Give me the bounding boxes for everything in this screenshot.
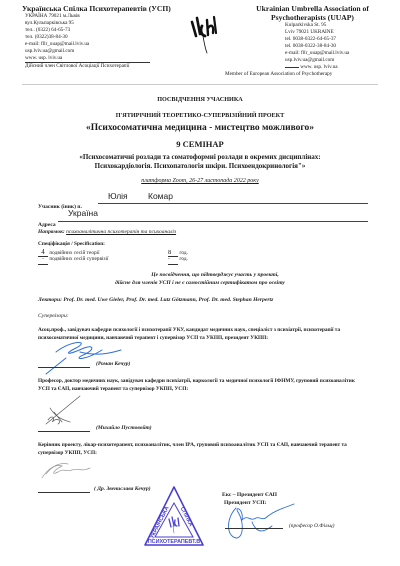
spec-row-supervision: - подвійних сесій супервізії - год. [38, 256, 278, 264]
participant-first-name: Юлія [108, 191, 128, 201]
spec-supervision-unit: год. [179, 256, 188, 262]
project-title: П'ЯТИРІЧНИЙ ТЕОРЕТИКО-СУПЕРВІЗІЙНИЙ ПРОЕ… [0, 112, 400, 119]
address-line: tel. 0038-0322-38-84-30 [285, 43, 395, 50]
spec-supervision-count: - [38, 256, 48, 265]
address-label: Адреса [38, 222, 56, 228]
email-line: e-mail: fllr_uuap@mail.lviv.ua [285, 50, 395, 57]
signature-3-icon [38, 460, 98, 482]
org-name-en: Ukrainian Umbrella Association of Psycho… [230, 4, 395, 22]
president-signature-line [225, 528, 283, 529]
direction-row: Напрямок: психоаналітична психотерапія т… [38, 229, 176, 235]
address-line: tel. 0038-0322-64-65-37 [285, 36, 395, 43]
validity-note: Це посвідчення, що підтверджує участь у … [0, 271, 400, 287]
specification-block: Спеціфікація / Specification: 4 подвійни… [38, 241, 278, 264]
lecturers-row: Лектори: Prof. Dr. med. Uwe Gieler, Prof… [38, 297, 273, 303]
spec-theory-unit: год. [179, 250, 188, 256]
header-divider [22, 84, 378, 85]
header-right-block: Ukrainian Umbrella Association of Psycho… [255, 4, 395, 78]
note-line: Це посвідчення, що підтверджує участь у … [0, 271, 400, 279]
project-name: «Психосоматична медицина - мистецтво мож… [0, 123, 400, 133]
address-line: вул.Кульпарківська 95 [25, 20, 182, 27]
email-line: usp.lviv.ua@gmail.com [25, 48, 182, 55]
supervisors-label: Супервізори: [38, 313, 69, 319]
president-title-1: Екс – Президент ЄАП [222, 491, 277, 499]
official-stamp-icon: УКРАЇНСЬКА СПІЛКА ПСИХОТЕРАПЕВТ.В [143, 485, 205, 551]
supervisor-1-name: (Роман Кечур) [96, 361, 130, 367]
document-type-title: ПОСВІДЧЕННЯ УЧАСНИКА [0, 96, 400, 103]
stamp-text-bottom: ПСИХОТЕРАПЕВТ.В [148, 539, 200, 545]
seminar-topic: «Психосоматичні розлади та соматоформні … [0, 153, 400, 171]
president-name: (професор О.Фільц) [289, 523, 334, 529]
signature-2-line [38, 431, 90, 432]
seminar-topic-line: «Психосоматичні розлади та соматоформні … [0, 153, 400, 162]
participant-last-name: Комар [148, 191, 173, 201]
address-line: Kulparkivska St. 95 [285, 22, 395, 29]
lecturers-names: Prof. Dr. med. Uwe Gieler, Prof. Dr. med… [63, 297, 273, 303]
spec-theory-label: подвійних сесій теорії [49, 250, 99, 256]
direction-value: психоаналітична психотерапія та психоана… [66, 229, 176, 235]
supervisor-3-description: Керівник проекту, лікар-психотерапевт, п… [38, 441, 366, 457]
address-underline [58, 221, 368, 222]
note-line: дійсне для членів УСП і не є самостійним… [0, 279, 400, 287]
supervisor-2-description: Професор, доктор медичних наук, завідува… [38, 377, 366, 393]
signature-2-icon [40, 392, 100, 428]
address-value: Україна [68, 208, 98, 218]
supervisor-2-name: (Михайло Пустовойт) [96, 425, 152, 431]
website-line: www. usp. lviv.ua [25, 55, 150, 63]
stamp-text-left: УКРАЇНСЬКА [149, 506, 170, 540]
signature-3-line [38, 492, 90, 493]
lecturers-label: Лектори: [38, 297, 62, 303]
membership-line: Дійсний член Світлової Асоціації Психоте… [25, 63, 182, 70]
email-line: e-mail: fllr_uuap@mail.lviv.ua [25, 41, 182, 48]
specification-heading: Спеціфікація / Specification: [38, 241, 278, 249]
signature-1-icon [36, 336, 126, 376]
seminar-topic-line: Психокардіологія. Психопатологія шкіри. … [0, 162, 400, 171]
seminar-number: 9 СЕМІНАР [0, 139, 400, 149]
address-line: тел. (0322)38-84-30 [25, 34, 182, 41]
signature-1-line [38, 367, 90, 368]
header-left-block: Українська Спілка Психотерапевтів (УСП) … [22, 4, 182, 70]
svg-text:УКРАЇНСЬКА: УКРАЇНСЬКА [149, 506, 170, 540]
address-line: УКРАЇНА 79021 м.Львів [25, 13, 182, 20]
direction-label: Напрямок: [38, 229, 65, 235]
email-line: usp.lviv.ua@gmail.com [285, 57, 395, 64]
membership-line: Member of European Association of Psycho… [225, 71, 395, 78]
website-line: www. usp. lviv.ua [300, 64, 337, 70]
org-name-ua: Українська Спілка Психотерапевтів (УСП) [22, 4, 182, 13]
platform-date: платформа Zoom, 26-27 листопада 2022 рок… [0, 178, 400, 184]
president-signature-icon [222, 502, 302, 542]
participant-name-underline [98, 203, 368, 204]
spec-row-theory: 4 подвійних сесій теорії 8 год. [38, 249, 278, 257]
spec-supervision-label: подвійних сесій супервізії [49, 256, 108, 262]
address-line: тел.. (0322) 64-65-73 [25, 27, 182, 34]
spec-supervision-hours: - [168, 256, 178, 265]
address-line: Lviv 79021 UKRAINE [285, 29, 395, 36]
uuap-logo-icon [186, 8, 226, 54]
